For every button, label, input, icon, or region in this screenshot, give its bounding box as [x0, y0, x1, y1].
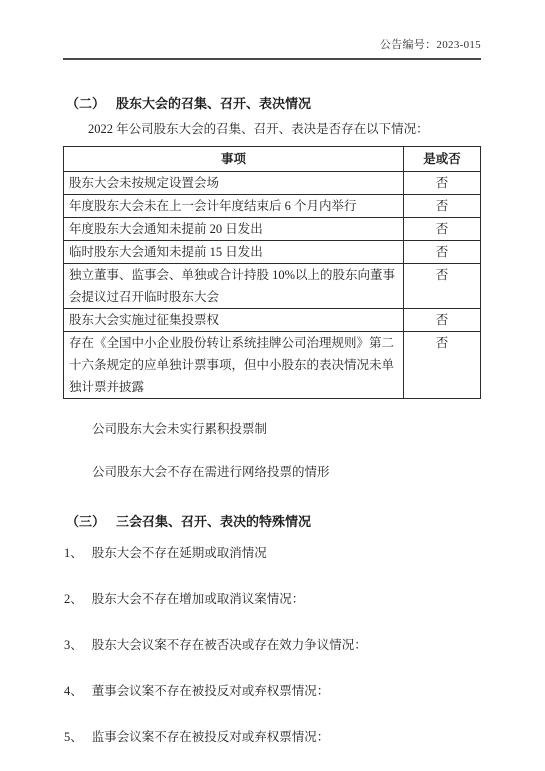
cell-answer: 否 [404, 240, 481, 263]
shareholder-meeting-table: 事项 是或否 股东大会未按规定设置会场否年度股东大会未在上一会计年度结束后 6 … [63, 146, 481, 399]
cumulative-voting-paragraph: 公司股东大会未实行累积投票制 [92, 422, 481, 437]
column-header-answer: 是或否 [404, 146, 481, 171]
cell-answer: 否 [404, 263, 481, 308]
item-text: 股东大会不存在增加或取消议案情况： [92, 592, 305, 606]
numbered-item: 5、监事会议案不存在被投反对或弃权票情况： [64, 730, 481, 745]
table-header-row: 事项 是或否 [64, 146, 481, 171]
section-2-heading: （二）股东大会的召集、召开、表决情况 [66, 93, 481, 112]
cell-answer: 否 [404, 194, 481, 217]
numbered-item: 2、股东大会不存在增加或取消议案情况： [64, 592, 481, 607]
announcement-number: 公告编号：2023-015 [63, 36, 481, 52]
numbered-item: 3、股东大会议案不存在被否决或存在效力争议情况： [64, 638, 481, 653]
cell-item: 股东大会实施过征集投票权 [64, 308, 404, 331]
section-2-title: 股东大会的召集、召开、表决情况 [116, 96, 311, 111]
item-number: 1、 [64, 546, 83, 560]
cell-item: 独立董事、监事会、单独或合计持股 10%以上的股东向董事会提议过召开临时股东大会 [64, 263, 404, 308]
column-header-item: 事项 [64, 146, 404, 171]
item-number: 4、 [64, 684, 83, 698]
table-row: 存在《全国中小企业股份转让系统挂牌公司治理规则》第二十六条规定的应单独计票事项，… [64, 331, 481, 398]
item-number: 3、 [64, 638, 83, 652]
cell-answer: 否 [404, 217, 481, 240]
table-row: 年度股东大会未在上一会计年度结束后 6 个月内举行否 [64, 194, 481, 217]
cell-item: 存在《全国中小企业股份转让系统挂牌公司治理规则》第二十六条规定的应单独计票事项，… [64, 331, 404, 398]
item-text: 股东大会议案不存在被否决或存在效力争议情况： [92, 638, 367, 652]
section-2-intro: 2022 年公司股东大会的召集、召开、表决是否存在以下情况： [63, 120, 481, 139]
online-voting-paragraph: 公司股东大会不存在需进行网络投票的情形 [92, 465, 481, 480]
cell-answer: 否 [404, 308, 481, 331]
table-row: 独立董事、监事会、单独或合计持股 10%以上的股东向董事会提议过召开临时股东大会… [64, 263, 481, 308]
section-3-title: 三会召集、召开、表决的特殊情况 [116, 514, 311, 529]
item-text: 监事会议案不存在被投反对或弃权票情况： [92, 730, 330, 744]
cell-item: 年度股东大会通知未提前 20 日发出 [64, 217, 404, 240]
section-3-heading: （三）三会召集、召开、表决的特殊情况 [66, 511, 481, 530]
document-page: 公告编号：2023-015 （二）股东大会的召集、召开、表决情况 2022 年公… [0, 0, 545, 771]
cell-item: 股东大会未按规定设置会场 [64, 171, 404, 194]
cell-item: 年度股东大会未在上一会计年度结束后 6 个月内举行 [64, 194, 404, 217]
table-body: 股东大会未按规定设置会场否年度股东大会未在上一会计年度结束后 6 个月内举行否年… [64, 171, 481, 398]
section-2-label: （二） [66, 96, 105, 111]
section-3-item-list: 1、股东大会不存在延期或取消情况2、股东大会不存在增加或取消议案情况：3、股东大… [63, 546, 481, 745]
table-row: 股东大会未按规定设置会场否 [64, 171, 481, 194]
table-row: 年度股东大会通知未提前 20 日发出否 [64, 217, 481, 240]
item-text: 董事会议案不存在被投反对或弃权票情况： [92, 684, 330, 698]
table-header: 事项 是或否 [64, 146, 481, 171]
item-number: 2、 [64, 592, 83, 606]
section-3-label: （三） [66, 514, 105, 529]
cell-answer: 否 [404, 171, 481, 194]
item-number: 5、 [64, 730, 83, 744]
item-text: 股东大会不存在延期或取消情况 [92, 546, 267, 560]
cell-item: 临时股东大会通知未提前 15 日发出 [64, 240, 404, 263]
table-row: 股东大会实施过征集投票权否 [64, 308, 481, 331]
table-row: 临时股东大会通知未提前 15 日发出否 [64, 240, 481, 263]
numbered-item: 1、股东大会不存在延期或取消情况 [64, 546, 481, 561]
header-rule [63, 58, 481, 60]
cell-answer: 否 [404, 331, 481, 398]
numbered-item: 4、董事会议案不存在被投反对或弃权票情况： [64, 684, 481, 699]
